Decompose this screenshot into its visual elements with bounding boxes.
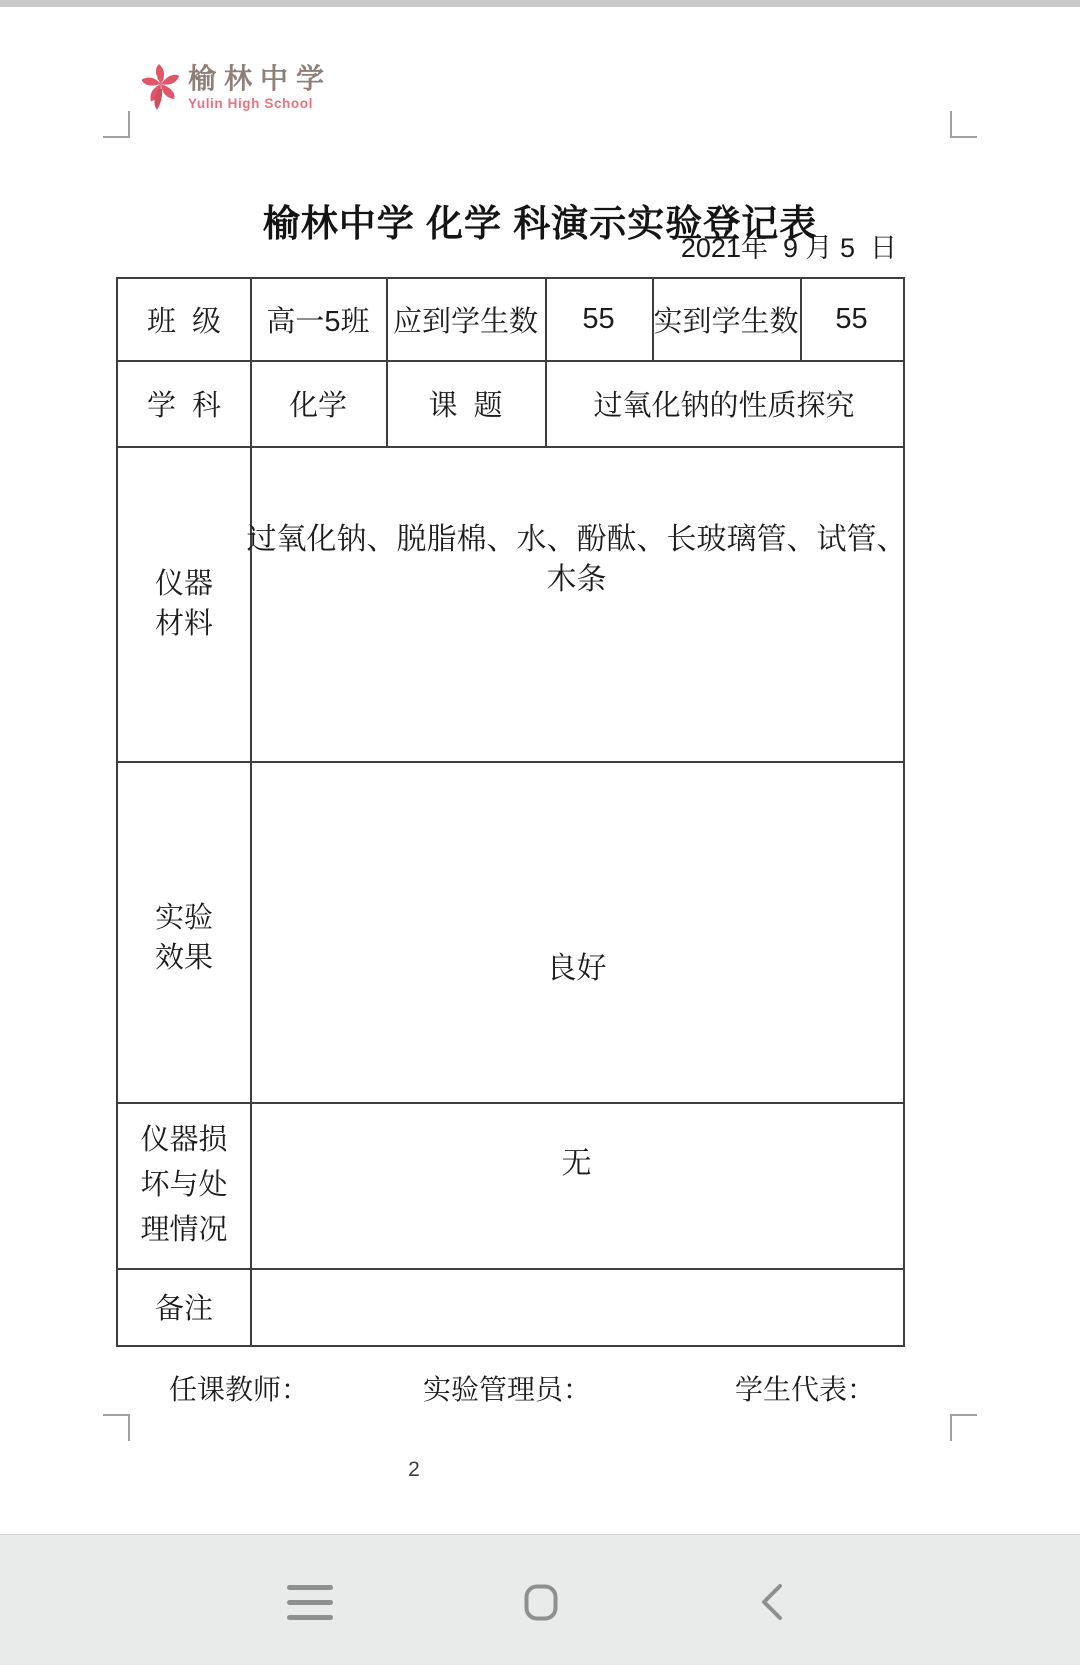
back-icon[interactable] [756,1582,788,1622]
expected-students-label: 应到学生数 [386,279,545,360]
phone-screen: 榆林中学 Yulin High School 榆林中学 化学 科演示实验登记表 … [0,0,1080,1665]
page-number: 2 [398,1458,430,1482]
crop-mark-bottom-left-h [103,1414,130,1416]
student-representative-label: 学生代表： [735,1372,875,1408]
damage-label-line1: 仪器损 [140,1118,227,1163]
crop-mark-bottom-right-h [950,1414,977,1416]
crop-mark-bottom-right-v [950,1414,952,1441]
class-value: 高一5班 [250,279,386,360]
damage-label: 仪器损 坏与处 理情况 [118,1102,250,1268]
materials-label-line1: 仪器 [155,564,213,604]
crop-mark-top-right-v [950,111,952,138]
topic-value: 过氧化钠的性质探究 [545,360,903,446]
actual-students-label: 实到学生数 [652,279,800,360]
crop-mark-top-right-h [950,136,977,138]
effect-label: 实验 效果 [118,761,250,1102]
materials-value-line1: 过氧化钠、脱脂棉、水、酚酞、长玻璃管、试管、 [247,520,907,560]
subject-value: 化学 [250,360,386,446]
actual-students-value: 55 [800,279,903,360]
document-title: 榆林中学 化学 科演示实验登记表 [0,193,1080,247]
school-name-english: Yulin High School [188,96,332,112]
remarks-label: 备注 [118,1268,250,1345]
damage-value: 无 [250,1135,903,1185]
damage-label-line2: 坏与处 [140,1163,227,1208]
materials-value-line2: 木条 [547,560,607,600]
lab-manager-signature-label: 实验管理员： [423,1372,591,1408]
android-navigation-bar [0,1534,1080,1665]
effect-label-line1: 实验 [155,898,213,938]
materials-label: 仪器 材料 [118,446,250,761]
crop-mark-top-left-h [103,136,130,138]
menu-icon[interactable] [284,1585,336,1620]
materials-value: 过氧化钠、脱脂棉、水、酚酞、长玻璃管、试管、 木条 [250,520,903,600]
expected-students-value: 55 [545,279,652,360]
pinwheel-flower-logo-icon [142,64,180,112]
school-name: 榆林中学 [188,64,332,94]
topic-label: 课 题 [386,360,545,446]
effect-value: 良好 [250,940,903,990]
home-icon[interactable] [524,1584,558,1621]
crop-mark-bottom-left-v [128,1414,130,1441]
document-date: 2021年 9 月 5 日 [681,226,897,265]
subject-label: 学 科 [118,360,250,446]
materials-label-line2: 材料 [155,604,213,644]
status-strip [0,0,1080,7]
effect-label-line2: 效果 [155,938,213,978]
remarks-value [250,1268,903,1345]
damage-label-line3: 理情况 [140,1208,227,1253]
crop-mark-top-left-v [128,111,130,138]
school-logo: 榆林中学 Yulin High School [142,64,332,112]
teacher-signature-label: 任课教师： [169,1372,309,1408]
registration-table: 班 级 高一5班 应到学生数 55 实到学生数 55 学 科 化学 课 题 过氧… [116,277,905,1347]
class-label: 班 级 [118,279,250,360]
